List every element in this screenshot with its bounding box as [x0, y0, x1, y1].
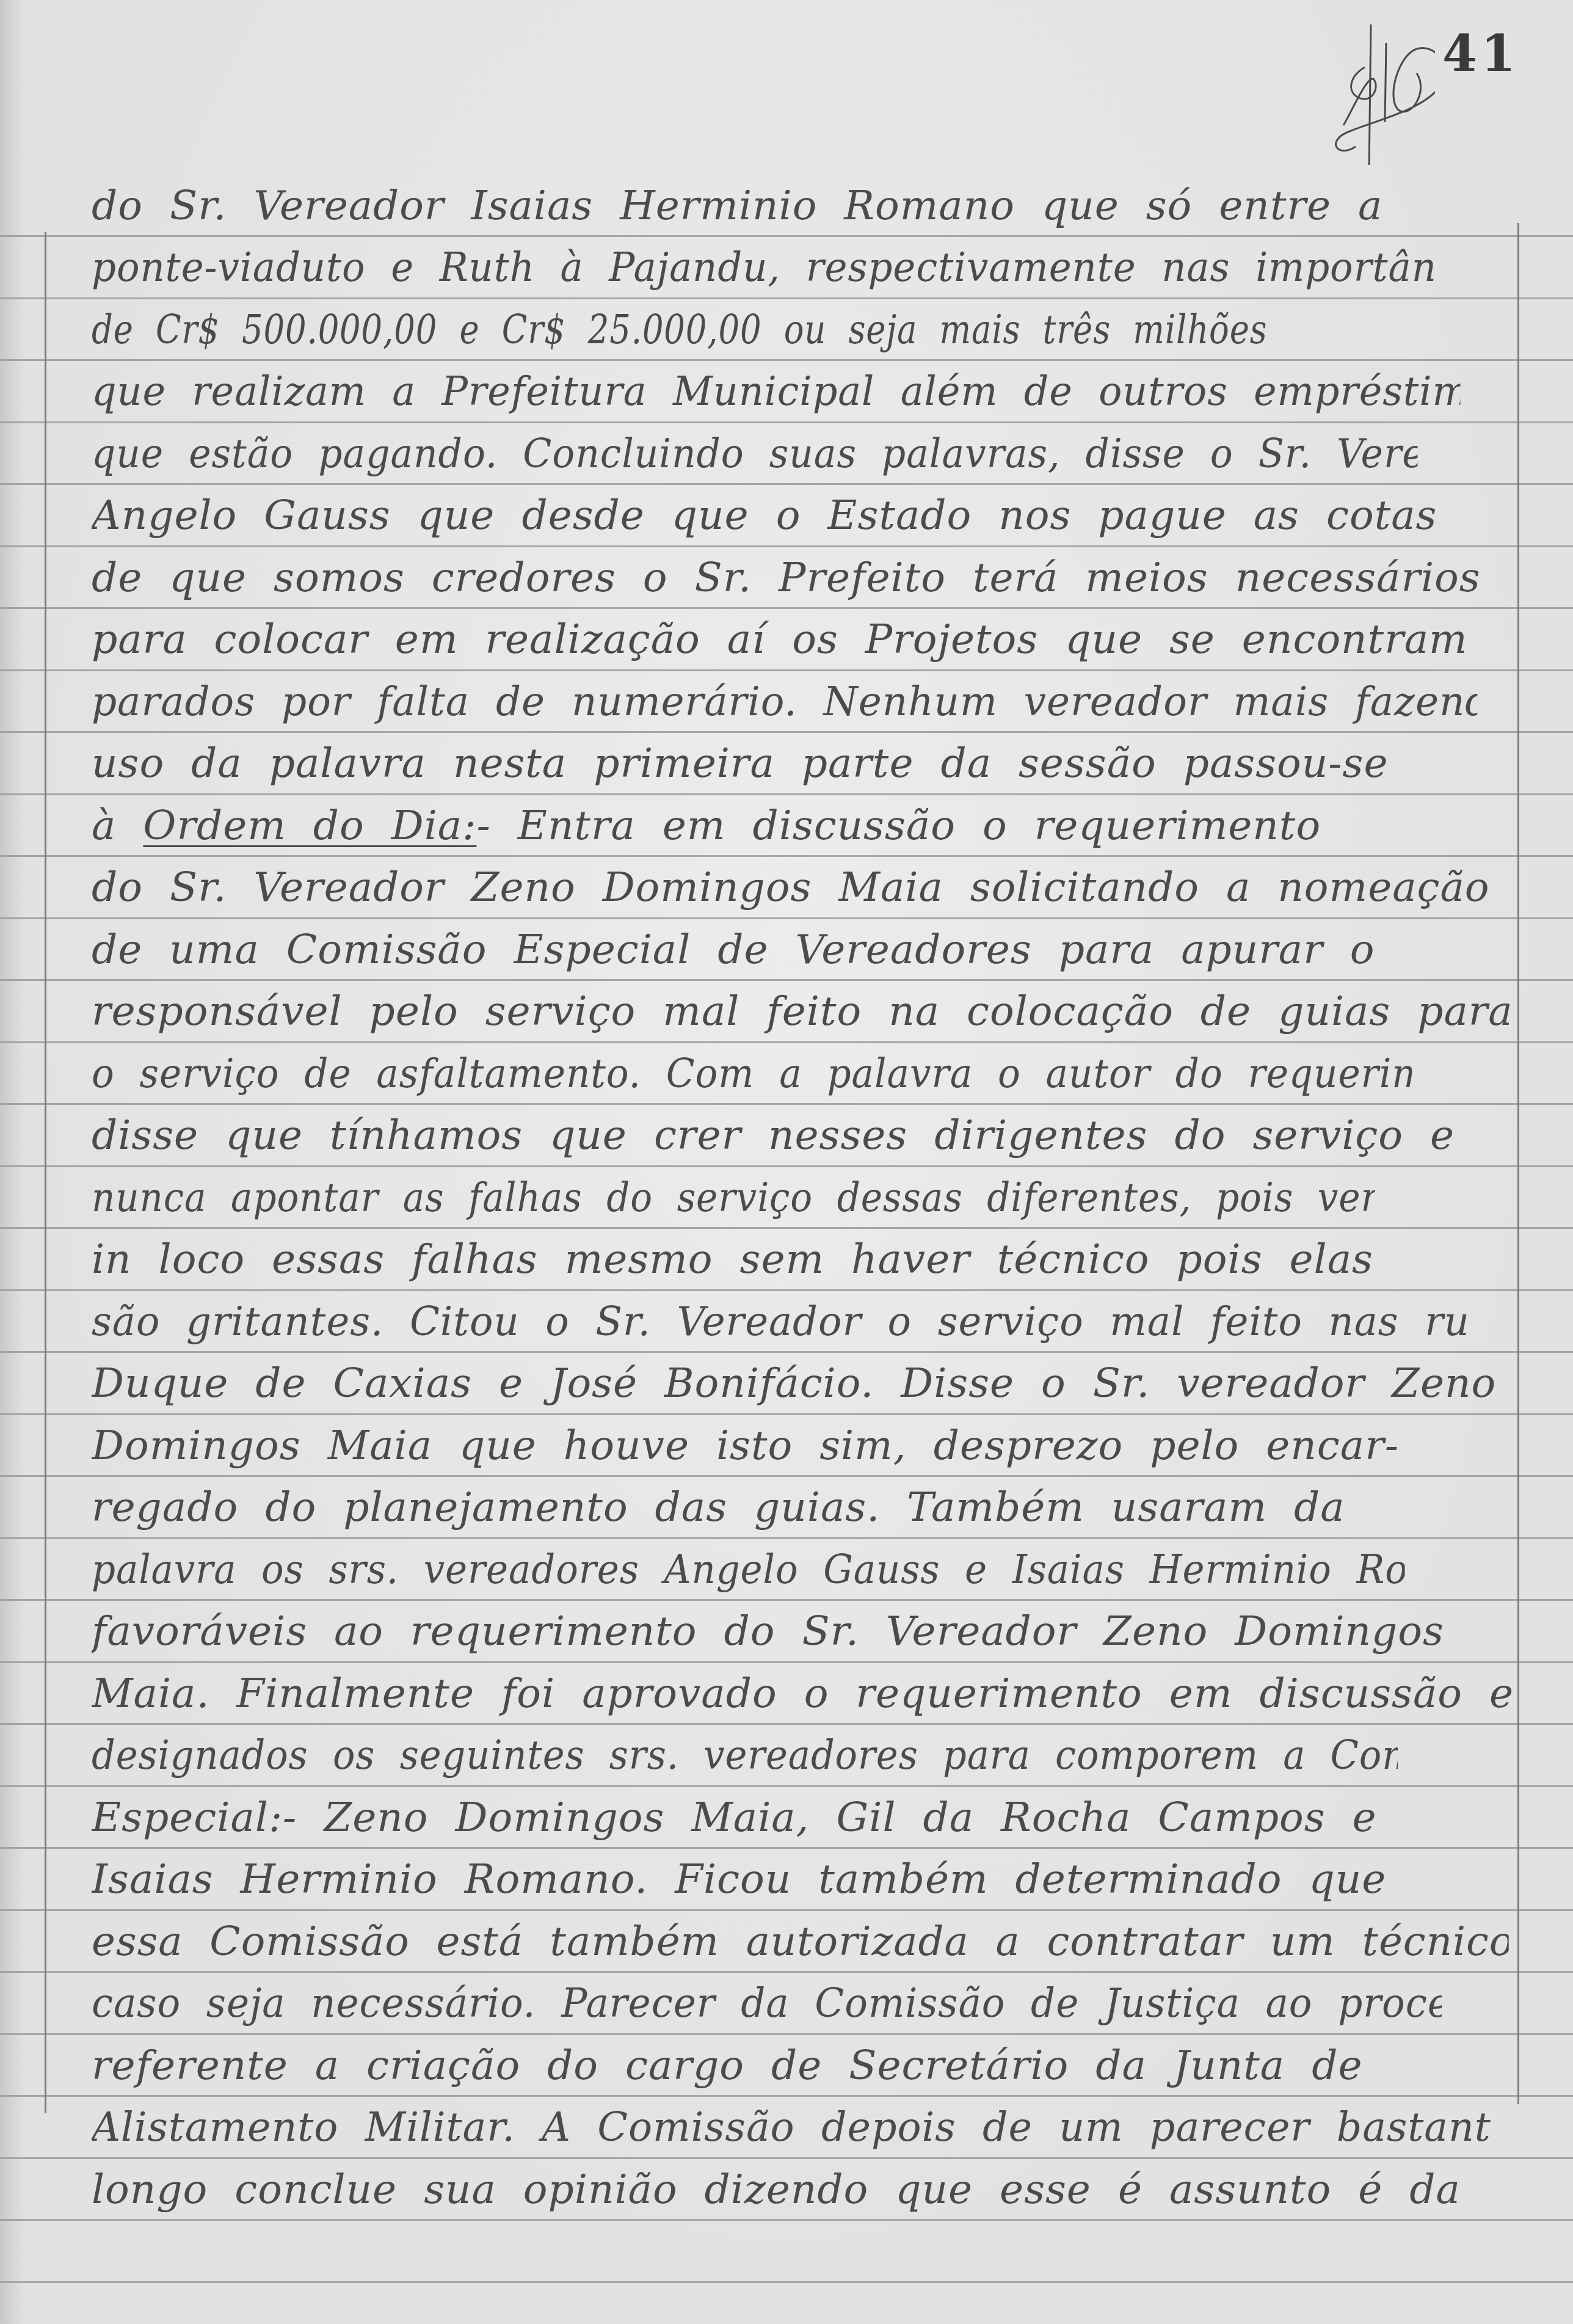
handwritten-line: caso seja necessário. Parecer da Comissã…	[92, 1976, 1442, 2031]
handwritten-line: Angelo Gauss que desde que o Estado nos …	[92, 488, 1514, 543]
handwritten-line: palavra os srs. vereadores Angelo Gauss …	[92, 1542, 1405, 1597]
handwritten-line: Maia. Finalmente foi aprovado o requerim…	[92, 1666, 1514, 1721]
section-heading-ordem-do-dia: Ordem do Dia:	[143, 802, 476, 849]
handwritten-line: de Cr$ 500.000,00 e Cr$ 25.000,00 ou sej…	[92, 302, 1265, 357]
handwritten-line: para colocar em realização aí os Projeto…	[92, 612, 1514, 667]
handwritten-line: do Sr. Vereador Zeno Domingos Maia solic…	[92, 860, 1514, 915]
handwritten-line: à Ordem do Dia:- Entra em discussão o re…	[92, 798, 1514, 853]
handwritten-line: favoráveis ao requerimento do Sr. Veread…	[92, 1604, 1514, 1659]
handwritten-line: designados os seguintes srs. vereadores …	[92, 1728, 1398, 1783]
handwritten-line: responsável pelo serviço mal feito na co…	[92, 984, 1514, 1039]
handwritten-line: Especial:- Zeno Domingos Maia, Gil da Ro…	[92, 1790, 1514, 1845]
handwritten-line: do Sr. Vereador Isaias Herminio Romano q…	[92, 178, 1514, 233]
handwritten-line: o serviço de asfaltamento. Com a palavra…	[92, 1046, 1412, 1101]
handwritten-line: referente a criação do cargo de Secretár…	[92, 2038, 1514, 2093]
handwritten-line: Domingos Maia que houve isto sim, despre…	[92, 1418, 1514, 1473]
handwritten-line: disse que tínhamos que crer nesses dirig…	[92, 1108, 1514, 1163]
handwritten-line: Duque de Caxias e José Bonifácio. Disse …	[92, 1356, 1514, 1411]
notebook-page: 41 do Sr. Vereador Isaias Herminio Roman…	[0, 0, 1573, 2324]
handwritten-line: ponte-viaduto e Ruth à Pajandu, respecti…	[92, 240, 1437, 295]
handwritten-text-body: do Sr. Vereador Isaias Herminio Romano q…	[0, 0, 1573, 2324]
handwritten-line: são gritantes. Citou o Sr. Vereador o se…	[92, 1294, 1470, 1349]
handwritten-line: de uma Comissão Especial de Vereadores p…	[92, 922, 1514, 977]
handwritten-line: in loco essas falhas mesmo sem haver téc…	[92, 1232, 1514, 1287]
handwritten-line: Alistamento Militar. A Comissão depois d…	[92, 2100, 1492, 2155]
handwritten-line: regado do planejamento das guias. Também…	[92, 1480, 1514, 1535]
handwritten-line: parados por falta de numerário. Nenhum v…	[92, 674, 1477, 729]
handwritten-line: longo conclue sua opinião dizendo que es…	[92, 2162, 1514, 2217]
handwritten-line: que realizam a Prefeitura Municipal além…	[92, 364, 1460, 419]
handwritten-line: de que somos credores o Sr. Prefeito ter…	[92, 550, 1514, 605]
handwritten-line: que estão pagando. Concluindo suas palav…	[92, 426, 1418, 481]
handwritten-line: Isaias Herminio Romano. Ficou também det…	[92, 1852, 1514, 1907]
handwritten-line: essa Comissão está também autorizada a c…	[92, 1914, 1509, 1969]
handwritten-line: uso da palavra nesta primeira parte da s…	[92, 736, 1514, 791]
handwritten-line: nunca apontar as falhas do serviço dessa…	[92, 1170, 1375, 1225]
